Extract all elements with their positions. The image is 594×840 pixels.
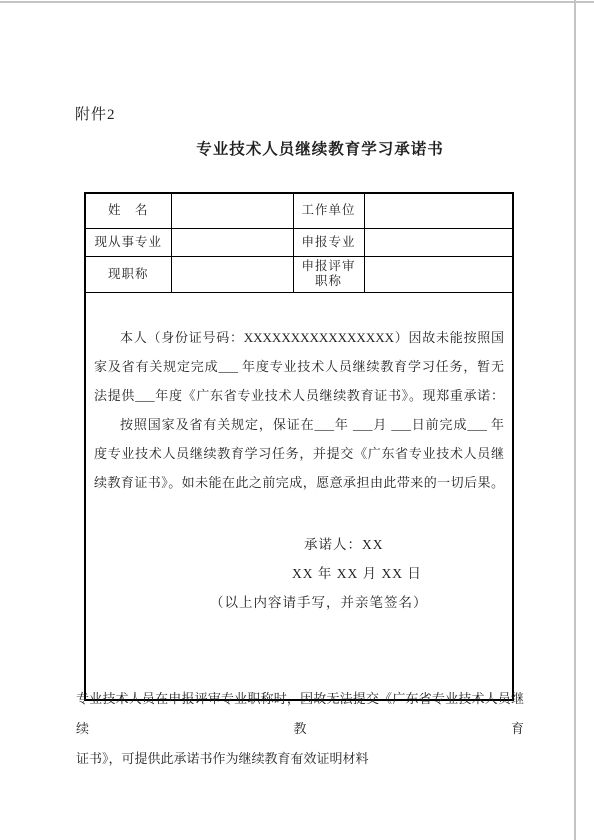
table-row-name: 姓 名 工作单位 [85,193,513,228]
statement-line: 家及省有关规定完成___ 年度专业技术人员继续教育学习任务，暂无 [94,352,504,381]
statement-line: 按照国家及省有关规定，保证在___年 ___月 ___日前完成___ 年 [94,410,504,439]
statement-line: 续教育证书》。如未能在此之前完成，愿意承担由此带来的一切后果。 [94,468,504,497]
info-table: 姓 名 工作单位 现从事专业 申报专业 现职称 申报评审职称 本人（身份证号码：… [84,192,514,701]
footer-note-line: 专业技术人员在申报评审专业职称时，因故无法提交《广东省专业技术人员继续教育 [76,684,524,744]
name-label-cell: 姓 名 [85,193,171,228]
statement-line: 法提供___年度《广东省专业技术人员继续教育证书》。现郑重承诺： [94,381,504,410]
current-profession-label-cell: 现从事专业 [85,228,171,256]
current-profession-value-cell [171,228,293,256]
document-title: 专业技术人员继续教育学习承诺书 [0,137,594,159]
name-value-cell [171,193,293,228]
signature-name-line: 承诺人：XX [304,530,504,559]
work-unit-label-cell: 工作单位 [293,193,364,228]
table-row-profession: 现从事专业 申报专业 [85,228,513,256]
declared-profession-value-cell [364,228,513,256]
table-row-statement: 本人（身份证号码：XXXXXXXXXXXXXXXX）因故未能按照国 家及省有关规… [85,292,513,700]
page-top-edge [0,1,594,3]
current-title-label-cell: 现职称 [85,256,171,292]
declared-review-title-label-cell: 申报评审职称 [293,256,364,292]
work-unit-value-cell [364,193,513,228]
statement-line: 度专业技术人员继续教育学习任务，并提交《广东省专业技术人员继 [94,439,504,468]
statement-spacer [94,497,504,530]
attachment-label: 附件2 [75,103,116,124]
table-row-title: 现职称 申报评审职称 [85,256,513,292]
declared-profession-label-cell: 申报专业 [293,228,364,256]
signature-date-line: XX 年 XX 月 XX 日 [292,559,504,588]
statement-cell: 本人（身份证号码：XXXXXXXXXXXXXXXX）因故未能按照国 家及省有关规… [85,292,513,700]
declared-review-title-value-cell [364,256,513,292]
current-title-value-cell [171,256,293,292]
page-right-edge [574,0,576,840]
page-number: 1 [0,755,594,767]
document-page: 附件2 专业技术人员继续教育学习承诺书 姓 名 工作单位 现从事专业 申报专业 [0,0,594,840]
statement-line: 本人（身份证号码：XXXXXXXXXXXXXXXX）因故未能按照国 [94,323,504,352]
signature-handwrite-note: （以上内容请手写，并亲笔签名） [210,588,504,617]
